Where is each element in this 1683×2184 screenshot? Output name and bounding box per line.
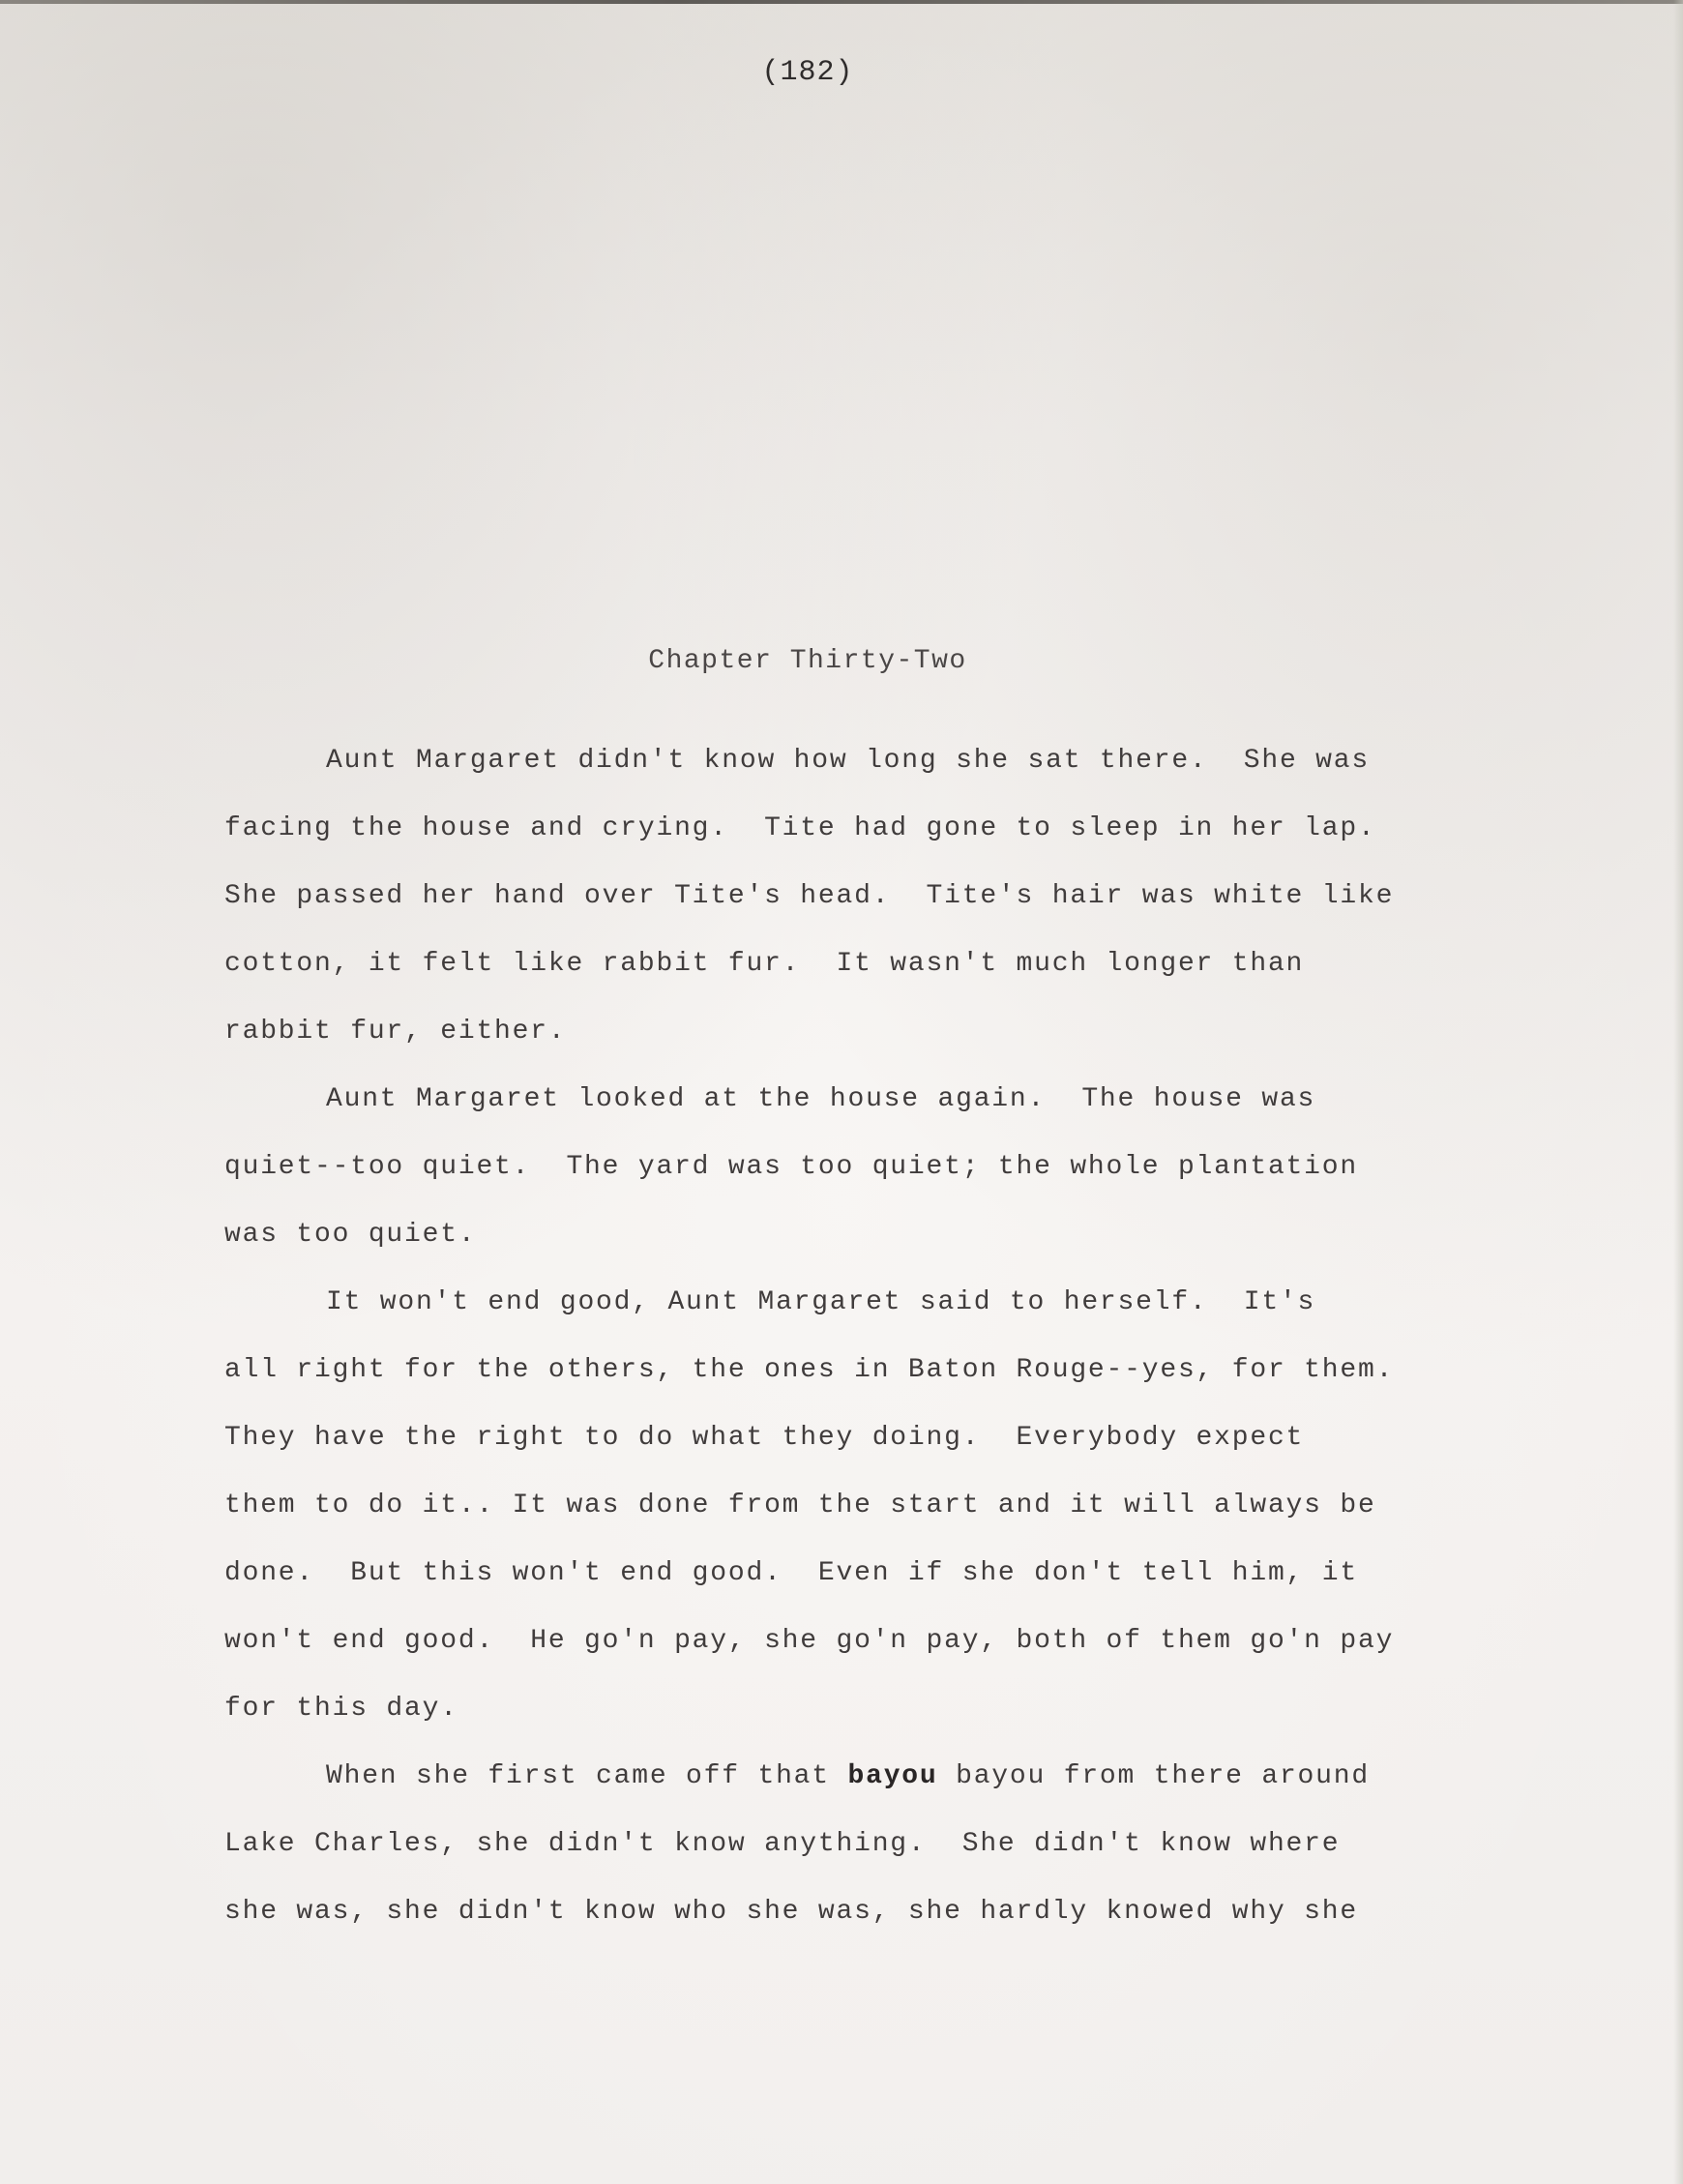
text-line: It won't end good, Aunt Margaret said to… [224, 1284, 1579, 1352]
chapter-title: Chapter Thirty-Two [0, 646, 1615, 676]
text-line: quiet--too quiet. The yard was too quiet… [224, 1149, 1579, 1217]
text-line: won't end good. He go'n pay, she go'n pa… [224, 1623, 1579, 1691]
body-text: Aunt Margaret didn't know how long she s… [224, 743, 1579, 1962]
text-line: Lake Charles, she didn't know anything. … [224, 1826, 1579, 1894]
page-number: (182) [0, 56, 1615, 89]
text-line: cotton, it felt like rabbit fur. It wasn… [224, 946, 1579, 1014]
paragraph-2: Aunt Margaret looked at the house again.… [224, 1081, 1579, 1284]
overstruck-word: bayou [847, 1761, 937, 1791]
text-line: she was, she didn't know who she was, sh… [224, 1894, 1579, 1962]
text-line: facing the house and crying. Tite had go… [224, 811, 1579, 878]
paragraph-4: When she first came off that bayou bayou… [224, 1758, 1579, 1962]
text-line: Aunt Margaret looked at the house again.… [224, 1081, 1579, 1149]
text-line: She passed her hand over Tite's head. Ti… [224, 878, 1579, 946]
typewritten-manuscript-page: (182) Chapter Thirty-Two Aunt Margaret d… [0, 0, 1683, 2184]
text-line: done. But this won't end good. Even if s… [224, 1555, 1579, 1623]
paragraph-1: Aunt Margaret didn't know how long she s… [224, 743, 1579, 1081]
paragraph-3: It won't end good, Aunt Margaret said to… [224, 1284, 1579, 1758]
text-line: them to do it.. It was done from the sta… [224, 1488, 1579, 1555]
text-line: When she first came off that bayou bayou… [224, 1758, 1579, 1826]
page-right-edge [1673, 0, 1683, 2184]
text-line: was too quiet. [224, 1217, 1579, 1284]
page-top-edge [0, 0, 1683, 4]
text-line: rabbit fur, either. [224, 1014, 1579, 1081]
text-line: all right for the others, the ones in Ba… [224, 1352, 1579, 1420]
text-line: for this day. [224, 1691, 1579, 1758]
text-line: They have the right to do what they doin… [224, 1420, 1579, 1488]
text-line: Aunt Margaret didn't know how long she s… [224, 743, 1579, 811]
